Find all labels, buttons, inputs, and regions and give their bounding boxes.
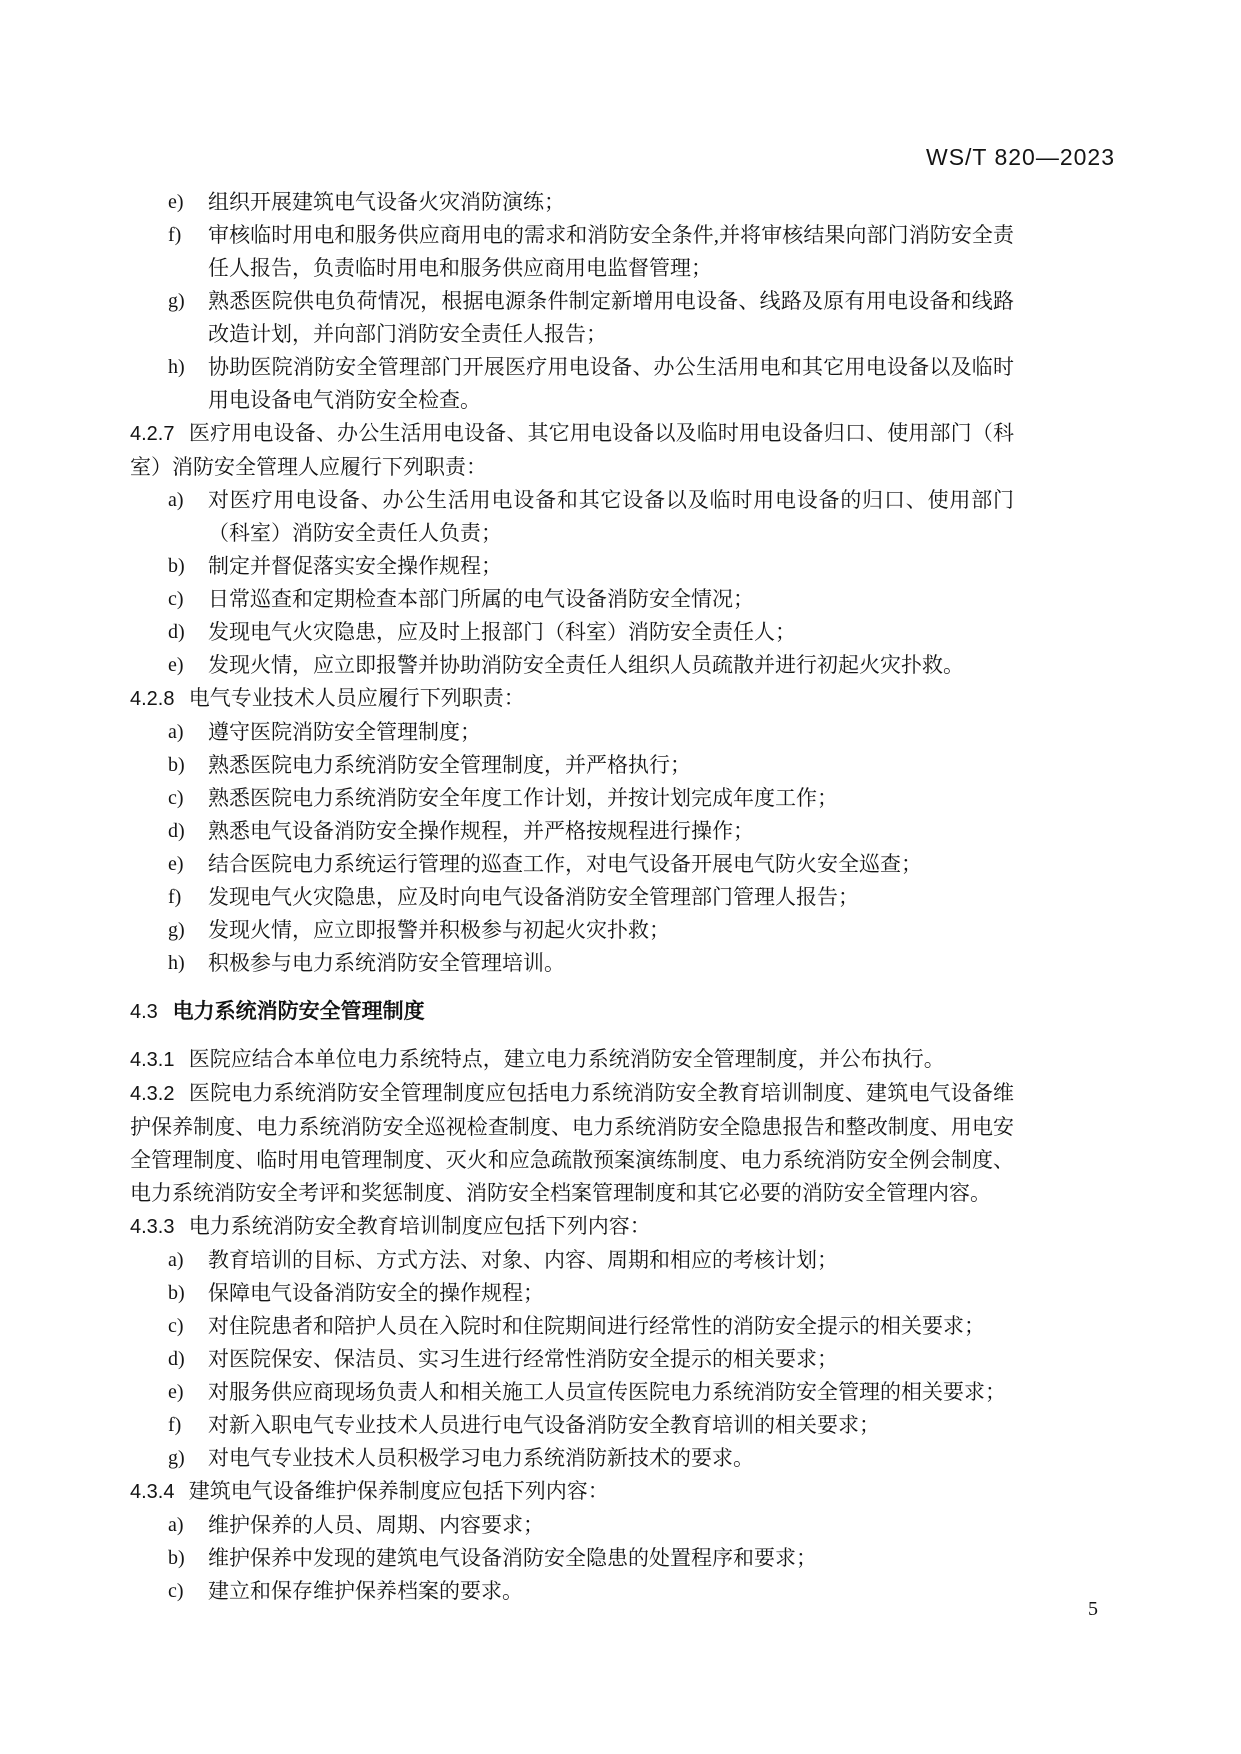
list-item-text: 组织开展建筑电气设备火灾消防演练；: [208, 186, 1014, 219]
list-item-label: g): [168, 914, 208, 947]
list-item: b) 维护保养中发现的建筑电气设备消防安全隐患的处置程序和要求；: [130, 1542, 1014, 1575]
list-item-text: 协助医院消防安全管理部门开展医疗用电设备、办公生活用电和其它用电设备以及临时用电…: [208, 351, 1014, 417]
section-heading-4-3: 4.3 电力系统消防安全管理制度: [130, 995, 1014, 1029]
list-item-label: c): [168, 583, 208, 616]
list-item: f) 对新入职电气专业技术人员进行电气设备消防安全教育培训的相关要求；: [130, 1409, 1014, 1442]
doc-code: WS/T 820—2023: [926, 144, 1115, 171]
list-item-label: d): [168, 815, 208, 848]
list-item-label: f): [168, 881, 208, 914]
list-item: e) 结合医院电力系统运行管理的巡查工作，对电气设备开展电气防火安全巡查；: [130, 848, 1014, 881]
list-item-label: a): [168, 484, 208, 550]
list-item-text: 建立和保存维护保养档案的要求。: [208, 1575, 1014, 1608]
list-item-label: d): [168, 616, 208, 649]
clause-number: 4.2.7: [130, 423, 174, 445]
list-item: e) 对服务供应商现场负责人和相关施工人员宣传医院电力系统消防安全管理的相关要求…: [130, 1376, 1014, 1409]
section-number: 4.3: [130, 1001, 158, 1023]
list-item: d) 熟悉电气设备消防安全操作规程，并严格按规程进行操作；: [130, 815, 1014, 848]
list-item: c) 日常巡查和定期检查本部门所属的电气设备消防安全情况；: [130, 583, 1014, 616]
list-item-text: 熟悉电气设备消防安全操作规程，并严格按规程进行操作；: [208, 815, 1014, 848]
list-item: h) 积极参与电力系统消防安全管理培训。: [130, 947, 1014, 980]
clause-4-3-1: 4.3.1 医院应结合本单位电力系统特点，建立电力系统消防安全管理制度，并公布执…: [130, 1043, 1014, 1077]
list-item-text: 遵守医院消防安全管理制度；: [208, 716, 1014, 749]
list-item-text: 制定并督促落实安全操作规程；: [208, 550, 1014, 583]
list-item-text: 维护保养中发现的建筑电气设备消防安全隐患的处置程序和要求；: [208, 1542, 1014, 1575]
clause-text: 医疗用电设备、办公生活用电设备、其它用电设备以及临时用电设备归口、使用部门（科室…: [130, 421, 1014, 479]
list-item-text: 对住院患者和陪护人员在入院时和住院期间进行经常性的消防安全提示的相关要求；: [208, 1310, 1014, 1343]
list-item-label: a): [168, 1244, 208, 1277]
list-item-label: g): [168, 1442, 208, 1475]
section-title: 电力系统消防安全管理制度: [173, 1000, 425, 1023]
list-item-text: 熟悉医院供电负荷情况，根据电源条件制定新增用电设备、线路及原有用电设备和线路改造…: [208, 285, 1014, 351]
clause-number: 4.3.4: [130, 1481, 174, 1503]
list-item: c) 对住院患者和陪护人员在入院时和住院期间进行经常性的消防安全提示的相关要求；: [130, 1310, 1014, 1343]
list-item: a) 维护保养的人员、周期、内容要求；: [130, 1509, 1014, 1542]
clause-number: 4.3.3: [130, 1216, 174, 1238]
list-item: a) 教育培训的目标、方式方法、对象、内容、周期和相应的考核计划；: [130, 1244, 1014, 1277]
list-item-label: e): [168, 649, 208, 682]
list-item: b) 保障电气设备消防安全的操作规程；: [130, 1277, 1014, 1310]
list-item: d) 对医院保安、保洁员、实习生进行经常性消防安全提示的相关要求；: [130, 1343, 1014, 1376]
clause-4-2-7: 4.2.7 医疗用电设备、办公生活用电设备、其它用电设备以及临时用电设备归口、使…: [130, 417, 1014, 484]
list-item-label: h): [168, 947, 208, 980]
list-item: c) 建立和保存维护保养档案的要求。: [130, 1575, 1014, 1608]
clause-number: 4.3.1: [130, 1049, 174, 1071]
list-item-label: c): [168, 1575, 208, 1608]
list-item-text: 对新入职电气专业技术人员进行电气设备消防安全教育培训的相关要求；: [208, 1409, 1014, 1442]
list-item-text: 日常巡查和定期检查本部门所属的电气设备消防安全情况；: [208, 583, 1014, 616]
list-item-text: 发现电气火灾隐患，应及时向电气设备消防安全管理部门管理人报告；: [208, 881, 1014, 914]
clause-number: 4.3.2: [130, 1083, 174, 1105]
list-item-text: 熟悉医院电力系统消防安全年度工作计划，并按计划完成年度工作；: [208, 782, 1014, 815]
list-item: g) 对电气专业技术人员积极学习电力系统消防新技术的要求。: [130, 1442, 1014, 1475]
list-item: f) 审核临时用电和服务供应商用电的需求和消防安全条件,并将审核结果向部门消防安…: [130, 219, 1014, 285]
list-item: e) 发现火情，应立即报警并协助消防安全责任人组织人员疏散并进行初起火灾扑救。: [130, 649, 1014, 682]
list-item-text: 维护保养的人员、周期、内容要求；: [208, 1509, 1014, 1542]
clause-text: 建筑电气设备维护保养制度应包括下列内容：: [189, 1479, 609, 1503]
clause-text: 电力系统消防安全教育培训制度应包括下列内容：: [189, 1214, 651, 1238]
list-item: f) 发现电气火灾隐患，应及时向电气设备消防安全管理部门管理人报告；: [130, 881, 1014, 914]
list-item-label: b): [168, 1542, 208, 1575]
page-number: 5: [1088, 1598, 1098, 1621]
list-item-text: 对医院保安、保洁员、实习生进行经常性消防安全提示的相关要求；: [208, 1343, 1014, 1376]
clause-text: 电气专业技术人员应履行下列职责：: [189, 686, 525, 710]
list-item-label: e): [168, 848, 208, 881]
clause-4-3-4: 4.3.4 建筑电气设备维护保养制度应包括下列内容：: [130, 1475, 1014, 1509]
clause-text: 医院电力系统消防安全管理制度应包括电力系统消防安全教育培训制度、建筑电气设备维护…: [130, 1081, 1014, 1205]
list-item-text: 熟悉医院电力系统消防安全管理制度，并严格执行；: [208, 749, 1014, 782]
list-item-text: 教育培训的目标、方式方法、对象、内容、周期和相应的考核计划；: [208, 1244, 1014, 1277]
clause-4-3-3: 4.3.3 电力系统消防安全教育培训制度应包括下列内容：: [130, 1210, 1014, 1244]
list-item-label: f): [168, 219, 208, 285]
list-item-label: f): [168, 1409, 208, 1442]
list-item-text: 发现电气火灾隐患，应及时上报部门（科室）消防安全责任人；: [208, 616, 1014, 649]
list-item-label: b): [168, 550, 208, 583]
list-item: a) 对医疗用电设备、办公生活用电设备和其它设备以及临时用电设备的归口、使用部门…: [130, 484, 1014, 550]
list-item-label: c): [168, 782, 208, 815]
list-item-text: 发现火情，应立即报警并积极参与初起火灾扑救；: [208, 914, 1014, 947]
list-item: b) 制定并督促落实安全操作规程；: [130, 550, 1014, 583]
list-item-text: 对电气专业技术人员积极学习电力系统消防新技术的要求。: [208, 1442, 1014, 1475]
list-item: b) 熟悉医院电力系统消防安全管理制度，并严格执行；: [130, 749, 1014, 782]
list-item-text: 积极参与电力系统消防安全管理培训。: [208, 947, 1014, 980]
list-item-text: 对医疗用电设备、办公生活用电设备和其它设备以及临时用电设备的归口、使用部门（科室…: [208, 484, 1014, 550]
list-item-label: c): [168, 1310, 208, 1343]
list-item: c) 熟悉医院电力系统消防安全年度工作计划，并按计划完成年度工作；: [130, 782, 1014, 815]
clause-4-2-8: 4.2.8 电气专业技术人员应履行下列职责：: [130, 682, 1014, 716]
list-item: g) 发现火情，应立即报警并积极参与初起火灾扑救；: [130, 914, 1014, 947]
list-item: a) 遵守医院消防安全管理制度；: [130, 716, 1014, 749]
list-item: h) 协助医院消防安全管理部门开展医疗用电设备、办公生活用电和其它用电设备以及临…: [130, 351, 1014, 417]
list-item-text: 保障电气设备消防安全的操作规程；: [208, 1277, 1014, 1310]
list-item-label: a): [168, 716, 208, 749]
list-item: d) 发现电气火灾隐患，应及时上报部门（科室）消防安全责任人；: [130, 616, 1014, 649]
clause-text: 医院应结合本单位电力系统特点，建立电力系统消防安全管理制度，并公布执行。: [189, 1047, 945, 1071]
clause-number: 4.2.8: [130, 688, 174, 710]
list-item-text: 结合医院电力系统运行管理的巡查工作，对电气设备开展电气防火安全巡查；: [208, 848, 1014, 881]
list-item-label: e): [168, 1376, 208, 1409]
clause-4-3-2: 4.3.2 医院电力系统消防安全管理制度应包括电力系统消防安全教育培训制度、建筑…: [130, 1077, 1014, 1210]
list-item-text: 审核临时用电和服务供应商用电的需求和消防安全条件,并将审核结果向部门消防安全责任…: [208, 219, 1014, 285]
document-page: WS/T 820—2023 e) 组织开展建筑电气设备火灾消防演练； f) 审核…: [0, 0, 1241, 1754]
list-item-label: a): [168, 1509, 208, 1542]
page-content: e) 组织开展建筑电气设备火灾消防演练； f) 审核临时用电和服务供应商用电的需…: [130, 186, 1014, 1608]
list-item-label: b): [168, 749, 208, 782]
list-item-text: 发现火情，应立即报警并协助消防安全责任人组织人员疏散并进行初起火灾扑救。: [208, 649, 1014, 682]
list-item-label: b): [168, 1277, 208, 1310]
list-item-label: h): [168, 351, 208, 417]
list-item-label: e): [168, 186, 208, 219]
list-item: e) 组织开展建筑电气设备火灾消防演练；: [130, 186, 1014, 219]
list-item: g) 熟悉医院供电负荷情况，根据电源条件制定新增用电设备、线路及原有用电设备和线…: [130, 285, 1014, 351]
list-item-label: d): [168, 1343, 208, 1376]
list-item-text: 对服务供应商现场负责人和相关施工人员宣传医院电力系统消防安全管理的相关要求；: [208, 1376, 1014, 1409]
list-item-label: g): [168, 285, 208, 351]
